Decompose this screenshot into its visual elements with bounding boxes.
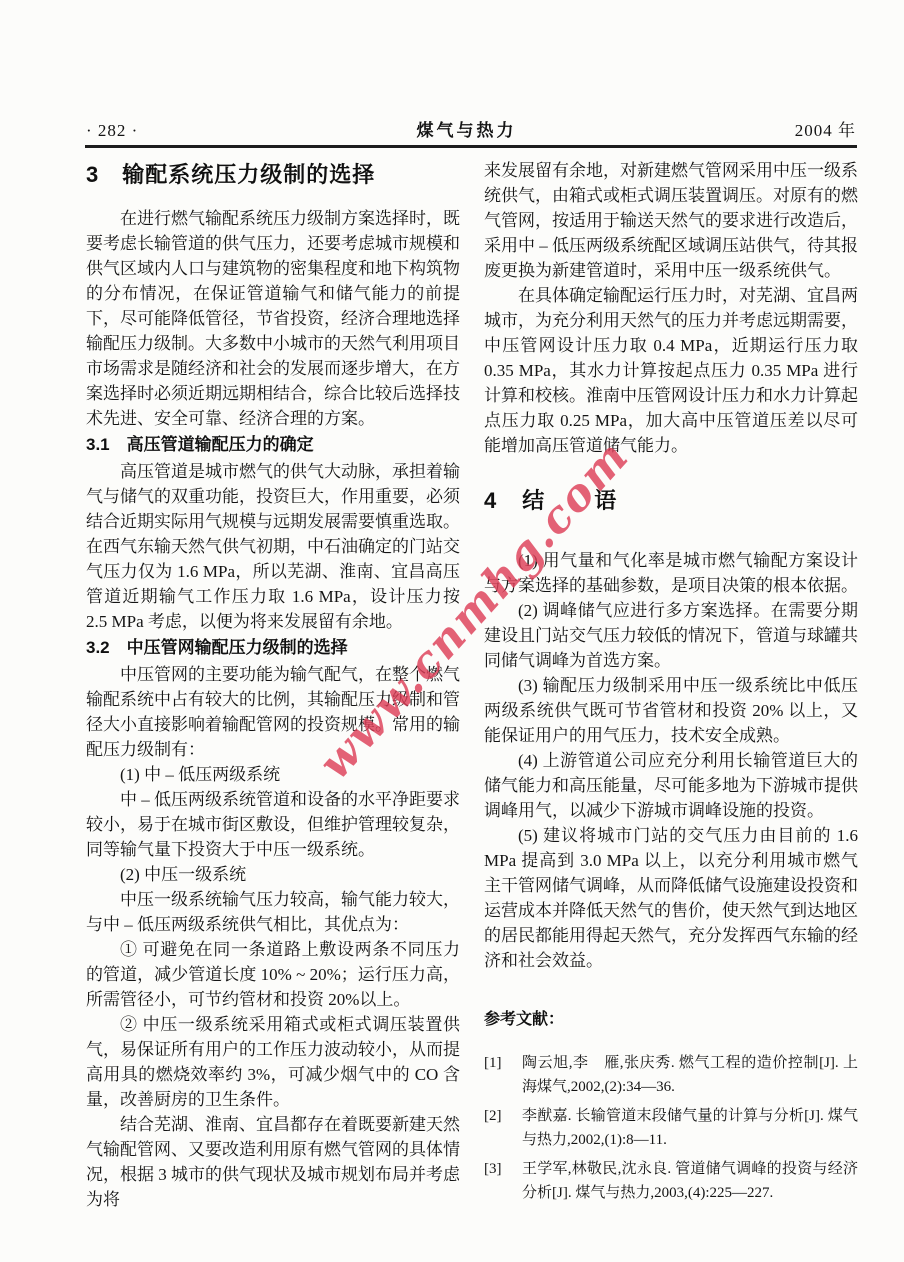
advantage-2-paragraph: ② 中压一级系统采用箱式或柜式调压装置供气，易保证所有用户的工作压力波动较小，从…	[86, 1012, 460, 1112]
section-4-heading: 4 结 语	[484, 486, 858, 516]
conclusion-2: (2) 调峰储气应进行多方案选择。在需要分期建设且门站交气压力较低的情况下，管道…	[484, 598, 858, 673]
conclusion-1: (1) 用气量和气化率是城市燃气输配方案设计与方案选择的基础参数，是项目决策的根…	[484, 548, 858, 598]
conclusion-3: (3) 输配压力级制采用中压一级系统比中低压两级系统供气既可节省管材和投资 20…	[484, 673, 858, 748]
section-3-2-closing-paragraph: 结合芜湖、淮南、宜昌都存在着既要新建天然气输配管网、又要改造利用原有燃气管网的具…	[86, 1112, 460, 1212]
journal-page: · 282 · 煤气与热力 2004 年 3 输配系统压力级制的选择 在进行燃气…	[0, 0, 904, 1262]
reference-3-label: [3]	[484, 1157, 522, 1205]
section-3-1-heading: 3.1 高压管道输配压力的确定	[86, 432, 460, 458]
section-3-heading: 3 输配系统压力级制的选择	[86, 160, 460, 190]
article-body: 3 输配系统压力级制的选择 在进行燃气输配系统压力级制方案选择时，既要考虑长输管…	[86, 158, 858, 1212]
page-header: · 282 · 煤气与热力 2004 年	[86, 116, 856, 141]
issue-year: 2004 年	[795, 116, 856, 141]
advantage-1-paragraph: ① 可避免在同一条道路上敷设两条不同压力的管道，减少管道长度 10% ~ 20%…	[86, 937, 460, 1012]
section-3-intro-paragraph: 在进行燃气输配系统压力级制方案选择时，既要考虑长输管道的供气压力，还要考虑城市规…	[86, 206, 460, 431]
reference-3-text: 王学军,林敬民,沈永良. 管道储气调峰的投资与经济分析[J]. 煤气与热力,20…	[522, 1157, 858, 1205]
section-3-1-paragraph: 高压管道是城市燃气的供气大动脉，承担着输气与储气的双重功能，投资巨大，作用重要，…	[86, 459, 460, 634]
section-3-2-intro-paragraph: 中压管网的主要功能为输气配气，在整个燃气输配系统中占有较大的比例，其输配压力级制…	[86, 662, 460, 762]
reference-1-label: [1]	[484, 1051, 522, 1099]
left-column: 3 输配系统压力级制的选择 在进行燃气输配系统压力级制方案选择时，既要考虑长输管…	[86, 158, 460, 1212]
section-3-2-heading: 3.2 中压管网输配压力级制的选择	[86, 635, 460, 661]
right-column: 来发展留有余地，对新建燃气管网采用中压一级系统供气，由箱式或柜式调压装置调压。对…	[484, 158, 858, 1212]
system-option-1-body: 中 – 低压两级系统管道和设备的水平净距要求较小，易于在城市街区敷设，但维护管理…	[86, 787, 460, 862]
conclusion-5: (5) 建议将城市门站的交气压力由目前的 1.6 MPa 提高到 3.0 MPa…	[484, 823, 858, 973]
journal-title: 煤气与热力	[417, 116, 517, 141]
header-rule	[85, 145, 857, 148]
continuation-paragraph: 来发展留有余地，对新建燃气管网采用中压一级系统供气，由箱式或柜式调压装置调压。对…	[484, 158, 858, 283]
system-option-2-title: (2) 中压一级系统	[86, 862, 460, 887]
system-option-2-body: 中压一级系统输气压力较高，输气能力较大，与中 – 低压两级系统供气相比，其优点为…	[86, 887, 460, 937]
reference-2-text: 李猷嘉. 长输管道末段储气量的计算与分析[J]. 煤气与热力,2002,(1):…	[522, 1104, 858, 1152]
operating-pressure-paragraph: 在具体确定输配运行压力时，对芜湖、宜昌两城市，为充分利用天然气的压力并考虑远期需…	[484, 283, 858, 458]
system-option-1-title: (1) 中 – 低压两级系统	[86, 762, 460, 787]
page-number: · 282 ·	[86, 121, 138, 141]
reference-1-text: 陶云旭,李 雁,张庆秀. 燃气工程的造价控制[J]. 上海煤气,2002,(2)…	[522, 1051, 858, 1099]
reference-2-label: [2]	[484, 1104, 522, 1152]
reference-item-3: [3] 王学军,林敬民,沈永良. 管道储气调峰的投资与经济分析[J]. 煤气与热…	[484, 1157, 858, 1205]
reference-item-1: [1] 陶云旭,李 雁,张庆秀. 燃气工程的造价控制[J]. 上海煤气,2002…	[484, 1051, 858, 1099]
references-heading: 参考文献：	[484, 1009, 858, 1031]
conclusion-4: (4) 上游管道公司应充分利用长输管道巨大的储气能力和高压能量，尽可能多地为下游…	[484, 748, 858, 823]
reference-item-2: [2] 李猷嘉. 长输管道末段储气量的计算与分析[J]. 煤气与热力,2002,…	[484, 1104, 858, 1152]
